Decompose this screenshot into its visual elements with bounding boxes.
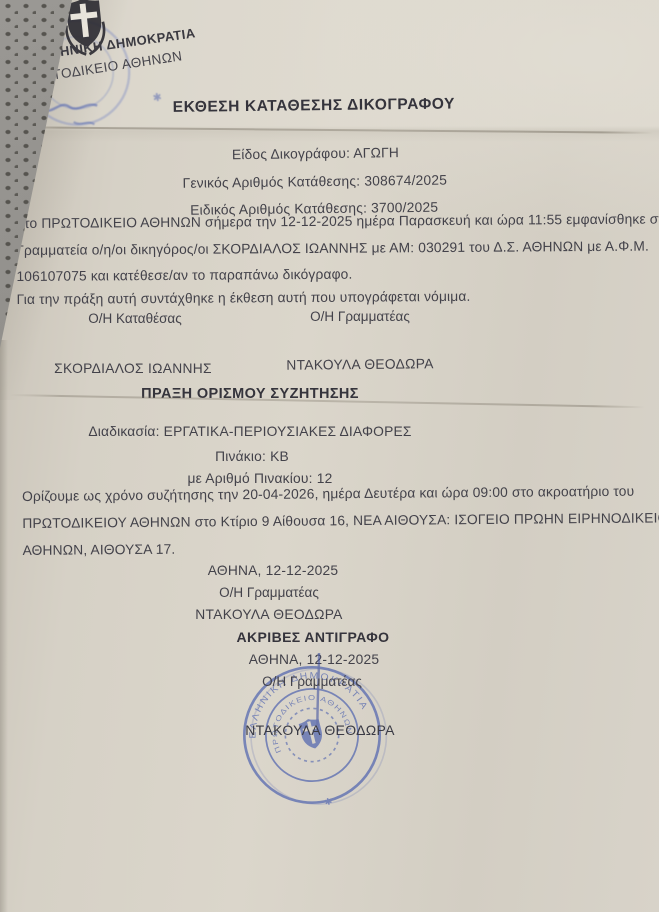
hearing-secretary-name: ΝΤΑΚΟΥΛΑ ΘΕΟΔΩΡΑ [0, 607, 538, 622]
hearing-docket: Πινάκιο: ΚΒ [0, 449, 504, 464]
body-paragraph: Στο ΠΡΩΤΟΔΙΚΕΙΟ ΑΘΗΝΩΝ σήμερα την 12-12-… [16, 212, 657, 316]
hearing-docket-number: με Αριθμό Πινακίου: 12 [0, 471, 520, 486]
stamp-star: ✱ [323, 796, 333, 808]
secretary-role-label: Ο/Η Γραμματέας [260, 309, 460, 324]
hearing-schedule: Ορίζουμε ως χρόνο συζήτησης την 20-04-20… [22, 484, 653, 567]
copy-secretary-role: Ο/Η Γραμματέας [0, 674, 624, 689]
field-general-number: Γενικός Αριθμός Κατάθεσης: 308674/2025 [1, 170, 629, 193]
body-line: Γραμματεία ο/η/οι δικηγόρος/οι ΣΚΟΡΔΙΑΛΟ… [16, 239, 656, 267]
document-page: ✱ ΕΛΛΗΝΙΚΗ ΔΗΜΟΚΡΑΤΙΑ ΠΡΩΤΟΔΙΚΕΙΟ ΑΘΗΝΩΝ… [0, 0, 659, 912]
body-line: Στο ΠΡΩΤΟΔΙΚΕΙΟ ΑΘΗΝΩΝ σήμερα την 12-12-… [16, 212, 656, 240]
secretary-name: ΝΤΑΚΟΥΛΑ ΘΕΟΔΩΡΑ [260, 356, 460, 373]
copy-secretary-name: ΝΤΑΚΟΥΛΑ ΘΕΟΔΩΡΑ [20, 722, 620, 738]
photo-of-document: { "document": { "header": { "republic": … [0, 0, 659, 912]
field-doc-type: Είδος Δικογράφου: ΑΓΩΓΗ [0, 142, 630, 165]
hearing-secretary-role: Ο/Η Γραμματέας [0, 585, 538, 600]
hearing-place-date: ΑΘΗΝΑ, 12-12-2025 [0, 563, 546, 578]
schedule-line: Ορίζουμε ως χρόνο συζήτησης την 20-04-20… [22, 484, 652, 513]
depositor-name: ΣΚΟΡΔΙΑΛΟΣ ΙΩΑΝΝΗΣ [33, 361, 233, 376]
title-block: ΕΚΘΕΣΗ ΚΑΤΑΘΕΣΗΣ ΔΙΚΟΓΡΑΦΟΥ Είδος Δικογρ… [0, 0, 659, 234]
document-title: ΕΚΘΕΣΗ ΚΑΤΑΘΕΣΗΣ ΔΙΚΟΓΡΑΦΟΥ [0, 93, 628, 119]
depositor-role-label: Ο/Η Καταθέσας [35, 311, 235, 326]
pen-scribble [299, 653, 337, 732]
schedule-line: ΠΡΩΤΟΔΙΚΕΙΟΥ ΑΘΗΝΩΝ στο Κτίριο 9 Αίθουσα… [22, 511, 652, 540]
hearing-procedure: Διαδικασία: ΕΡΓΑΤΙΚΑ-ΠΕΡΙΟΥΣΙΑΚΕΣ ΔΙΑΦΟΡ… [0, 424, 500, 439]
certified-copy-heading: ΑΚΡΙΒΕΣ ΑΝΤΙΓΡΑΦΟ [0, 629, 626, 645]
